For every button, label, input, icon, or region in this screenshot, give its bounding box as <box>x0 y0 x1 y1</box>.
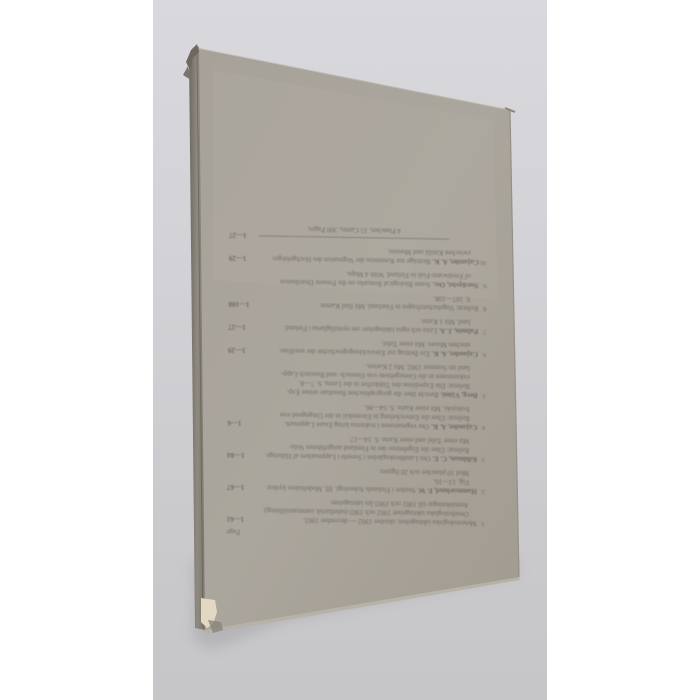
toc-entry-number: 2. <box>480 486 485 495</box>
toc-footer: 4 Planches, 15 Cartes, 300 Pages. <box>229 223 479 236</box>
toc-entry-number: 7. <box>482 326 487 335</box>
toc-entry-subline: S. 107—108. <box>259 290 479 303</box>
toc-entry-pages: 1—6 <box>227 418 241 427</box>
toc-entry-number: 10. <box>479 257 487 266</box>
toc-entry-pages: 1—27 <box>229 230 247 239</box>
toc-entry: 10.Cajander, A. K. Beiträge zur Kenntnis… <box>229 244 479 266</box>
toc-entry: 6.Cajander, A. K. Ein Beitrag zur Entwic… <box>228 336 478 358</box>
toc-entry-number: 9. <box>482 280 487 289</box>
toc-divider <box>259 235 449 239</box>
toc-entry-title: Om Landtbruksgården i Sorsele i Lappmark… <box>265 451 431 462</box>
toc-entry-number: 4. <box>481 422 486 431</box>
toc-entry: 5.Berg, Väinö. Bericht über die geograph… <box>228 359 478 399</box>
toc-entry-author: Palmén, J. A. <box>437 326 478 335</box>
toc-entry-title: Beiträge zur Kenntniss der Vegetation de… <box>272 255 430 266</box>
toc-entry-title: Referat: Vogelschutzfragen in Finnland. … <box>319 301 479 312</box>
toc-entry-title: Meteorologiska iakttagelser, oktober 190… <box>303 516 477 527</box>
toc-entry-author: Cajander, A. K. <box>430 349 478 358</box>
toc-entry-author: Nordqvist, Osc. <box>430 280 478 289</box>
toc-entry-number: 5. <box>481 390 486 399</box>
toc-entry-author: Cajander, A. K. <box>430 257 478 266</box>
toc-entry-pages: 1—67 <box>227 482 245 491</box>
toc-entry-author: Hammarlund, F. W. <box>416 486 477 495</box>
toc-entry-author: Berg, Väinö. <box>438 390 477 399</box>
product-photo: Page 1.Meteorologiska iakttagelser, okto… <box>153 0 547 700</box>
toc-entry-pages: 1—108 <box>228 299 249 308</box>
toc-entry-pages: 1—84 <box>227 450 245 459</box>
toc-entry-pages: 1—27 <box>228 322 246 331</box>
toc-entry: 3.Kihlman, C. E. Om Landtbruksgården i S… <box>227 432 477 463</box>
toc-entry-title: Bericht über die geographischen Resultat… <box>287 388 439 399</box>
toc-entry: 7.Palmén, J. A. Lista och egna iakttagel… <box>228 313 478 335</box>
toc-entry-pages: 1—29 <box>228 345 246 354</box>
toc-entry: 8.Referat: Vogelschutzfragen in Finnland… <box>228 290 478 312</box>
toc-entry: 1.Meteorologiska iakttagelser, oktober 1… <box>227 496 477 527</box>
toc-entry-number: 3. <box>481 454 486 463</box>
toc-entry-number: 1. <box>480 518 485 527</box>
toc-entry-title: Lista och egna iakttagelser om nyttofågl… <box>284 324 437 335</box>
toc-entry-number: 6. <box>482 349 487 358</box>
toc-entry: 9.Nordqvist, Osc. Some Biological Remark… <box>229 267 479 289</box>
toc-entry-title: Om vegetationen i trakterna kring Enare … <box>284 420 429 431</box>
toc-entry-title: Some Biological Remarks on the Present D… <box>280 278 431 289</box>
toc-entry-pages: 1—61 <box>227 514 245 523</box>
toc-entry: 2.Hammarlund, F. W. Studier i Finlands A… <box>227 464 477 495</box>
toc-entry-author: Kihlman, C. E. <box>430 454 477 463</box>
toc-entries: 1.Meteorologiska iakttagelser, oktober 1… <box>227 244 479 527</box>
table-of-contents: Page 1.Meteorologiska iakttagelser, okto… <box>226 176 479 540</box>
toc-entry-title: Studier i Finlands Arkeologi. III. Medel… <box>266 483 416 494</box>
toc-entry: 4.Cajander, A. K. Om vegetationen i trak… <box>227 400 477 431</box>
toc-entry-author: Cajander, A. K. <box>429 422 477 431</box>
toc-entry-pages: 1—29 <box>229 253 247 262</box>
toc-entry-number: 8. <box>482 303 487 312</box>
toc-entry-title: Ein Beitrag zur Entwicklungsgeschichte d… <box>279 347 430 358</box>
